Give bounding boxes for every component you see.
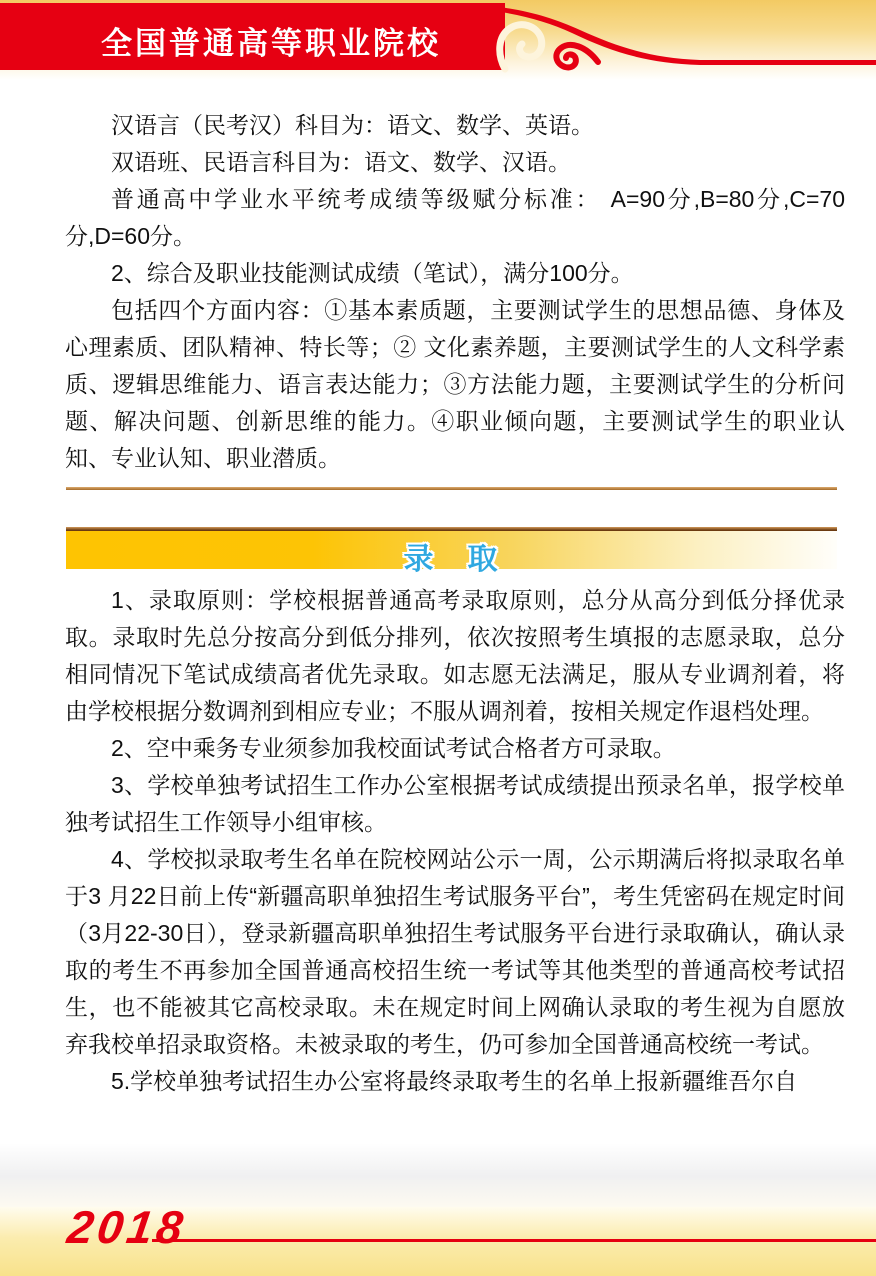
page-title: 全国普通高等职业院校 <box>101 27 441 61</box>
brochure-page: 全国普通高等职业院校 汉语言（民考汉）科目为：语文、数学、英语。 双语班、民语言… <box>0 0 876 1276</box>
section-banner-admission: 录 取 <box>66 527 837 569</box>
banner-gold-band: 录 取 <box>66 531 837 569</box>
paragraph-prelist-review: 3、学校单独考试招生工作办公室根据考试成绩提出预录名单，报学校单独考试招生工作领… <box>65 767 845 841</box>
paragraph-publicity-confirmation: 4、学校拟录取考生名单在院校网站公示一周，公示期满后将拟录取名单于3 月22日前… <box>65 841 845 1063</box>
section-title: 录 取 <box>66 534 837 578</box>
intro-paragraphs: 汉语言（民考汉）科目为：语文、数学、英语。 双语班、民语言科目为：语文、数学、汉… <box>65 107 845 477</box>
paragraph-cabin-crew-interview: 2、空中乘务专业须参加我校面试考试合格者方可录取。 <box>65 730 845 767</box>
paragraph-test-contents: 包括四个方面内容：①基本素质题，主要测试学生的思想品德、身体及心理素质、团队精神… <box>65 292 845 477</box>
paragraph-subjects-bilingual: 双语班、民语言科目为：语文、数学、汉语。 <box>65 144 845 181</box>
paragraph-final-list-report: 5.学校单独考试招生办公室将最终录取考生的名单上报新疆维吾尔自 <box>65 1063 845 1100</box>
section-divider-line <box>66 487 837 490</box>
footer-gray-gradient <box>0 1143 876 1207</box>
footer-red-rule <box>152 1239 876 1242</box>
paragraph-admission-principle: 1、录取原则：学校根据普通高考录取原则，总分从高分到低分择优录取。录取时先总分按… <box>65 582 845 730</box>
admission-paragraphs: 1、录取原则：学校根据普通高考录取原则，总分从高分到低分择优录取。录取时先总分按… <box>65 582 845 1100</box>
paragraph-subjects-hanyuyan: 汉语言（民考汉）科目为：语文、数学、英语。 <box>65 107 845 144</box>
paragraph-skill-test-score: 2、综合及职业技能测试成绩（笔试），满分100分。 <box>65 255 845 292</box>
year-label: 2018 <box>65 1204 190 1250</box>
paragraph-grade-standard: 普通高中学业水平统考成绩等级赋分标准： A=90分,B=80分,C=70分,D=… <box>65 181 845 255</box>
